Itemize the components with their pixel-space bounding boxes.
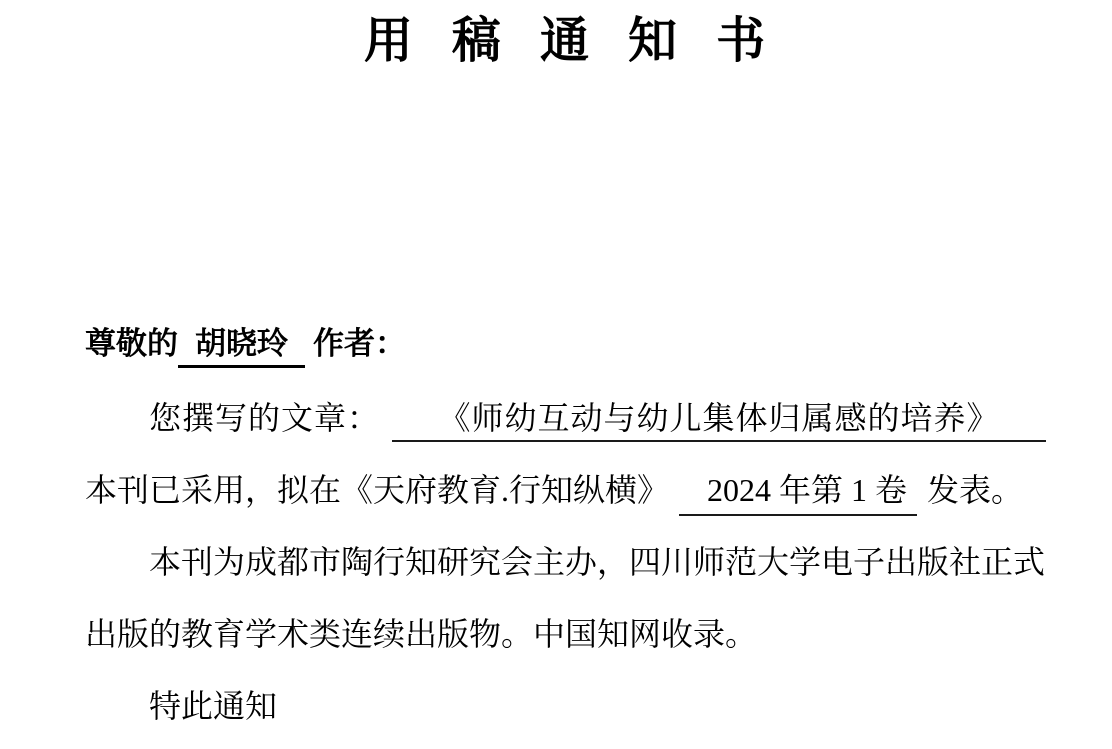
author-name: 胡晓玲 — [178, 324, 305, 368]
article-title-value: 《师幼互动与幼儿集体归属感的培养》 — [392, 396, 1046, 442]
salutation-suffix: 作者： — [313, 326, 406, 361]
acceptance-text-after: 发表。 — [927, 472, 1023, 508]
journal-description-text-2: 出版的教育学术类连续出版物。中国知网收录。 — [85, 616, 757, 652]
document-title: 用 稿 通 知 书 — [85, 8, 1046, 72]
closing-text: 特此通知 — [149, 688, 277, 724]
salutation-prefix: 尊敬的 — [85, 326, 178, 361]
journal-description-line-1: 本刊为成都市陶行知研究会主办，四川师范大学电子出版社正式 — [85, 526, 1046, 598]
journal-description-line-2: 出版的教育学术类连续出版物。中国知网收录。 — [85, 598, 1046, 670]
acceptance-notice-document: 用 稿 通 知 书 尊敬的胡晓玲作者： 您撰写的文章： 《师幼互动与幼儿集体归属… — [0, 0, 1112, 749]
article-title-label: 您撰写的文章： — [149, 382, 380, 454]
document-body: 您撰写的文章： 《师幼互动与幼儿集体归属感的培养》 本刊已采用，拟在《天府教育.… — [85, 382, 1046, 742]
acceptance-line: 本刊已采用，拟在《天府教育.行知纵横》2024 年第 1 卷发表。 — [85, 454, 1046, 526]
acceptance-text-before: 本刊已采用，拟在《天府教育.行知纵横》 — [85, 472, 669, 508]
closing-line: 特此通知 — [85, 670, 1046, 742]
journal-description-text-1: 本刊为成都市陶行知研究会主办，四川师范大学电子出版社正式 — [149, 544, 1045, 580]
salutation-line: 尊敬的胡晓玲作者： — [85, 324, 1046, 368]
publication-volume: 2024 年第 1 卷 — [679, 468, 917, 516]
article-title-line: 您撰写的文章： 《师幼互动与幼儿集体归属感的培养》 — [85, 382, 1046, 454]
